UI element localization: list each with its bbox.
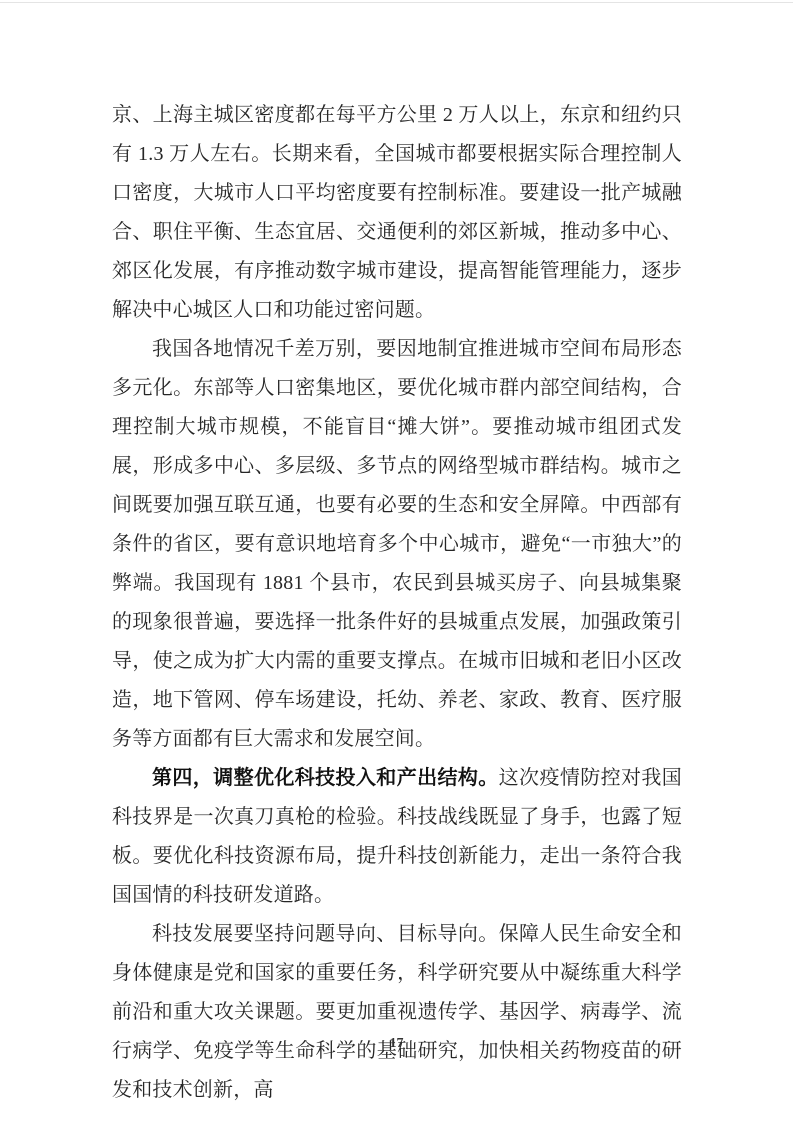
paragraph-continuation: 京、上海主城区密度都在每平方公里 2 万人以上，东京和纽约只有 1.3 万人左右… xyxy=(112,96,682,330)
paragraph: 我国各地情况千差万别，要因地制宜推进城市空间布局形态多元化。东部等人口密集地区，… xyxy=(112,330,682,759)
paragraph: 科技发展要坚持问题导向、目标导向。保障人民生命安全和身体健康是党和国家的重要任务… xyxy=(112,915,682,1110)
paragraph-text: 京、上海主城区密度都在每平方公里 2 万人以上，东京和纽约只有 1.3 万人左右… xyxy=(112,104,682,321)
paragraph-with-heading: 第四，调整优化科技投入和产出结构。这次疫情防控对我国科技界是一次真刀真枪的检验。… xyxy=(112,759,682,915)
text-body: 京、上海主城区密度都在每平方公里 2 万人以上，东京和纽约只有 1.3 万人左右… xyxy=(112,96,682,1110)
paragraph-text: 我国各地情况千差万别，要因地制宜推进城市空间布局形态多元化。东部等人口密集地区，… xyxy=(112,338,682,750)
page-number: 17 xyxy=(0,1036,793,1052)
paragraph-text: 科技发展要坚持问题导向、目标导向。保障人民生命安全和身体健康是党和国家的重要任务… xyxy=(112,923,682,1101)
page-top-edge-line xyxy=(0,2,793,3)
document-page: 京、上海主城区密度都在每平方公里 2 万人以上，东京和纽约只有 1.3 万人左右… xyxy=(0,0,793,1122)
paragraph-bold-lead: 第四，调整优化科技投入和产出结构。 xyxy=(152,767,499,789)
